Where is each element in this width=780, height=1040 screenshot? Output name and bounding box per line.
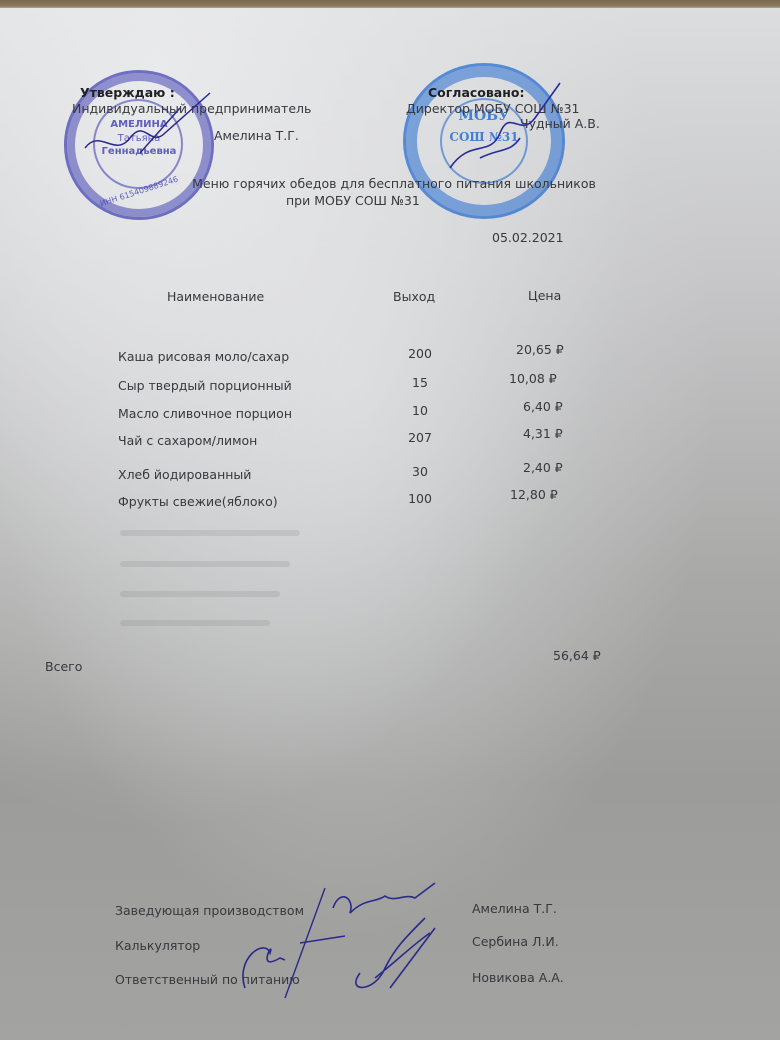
item-yield: 200 <box>390 346 450 361</box>
item-name: Хлеб йодированный <box>118 467 251 482</box>
item-name: Сыр твердый порционный <box>118 378 292 393</box>
item-yield: 100 <box>390 491 450 506</box>
show-through-line <box>120 591 280 597</box>
item-name: Чай с сахаром/лимон <box>118 433 257 448</box>
signatory-role: Калькулятор <box>115 938 200 953</box>
approval-name: Амелина Т.Г. <box>214 128 299 143</box>
item-price: 20,65 ₽ <box>516 342 564 357</box>
column-header-yield: Выход <box>393 289 435 304</box>
agreement-signature-icon <box>440 78 570 178</box>
total-value: 56,64 ₽ <box>553 648 601 663</box>
item-yield: 30 <box>390 464 450 479</box>
item-price: 4,31 ₽ <box>523 426 563 441</box>
item-price: 12,80 ₽ <box>510 487 558 502</box>
item-price: 2,40 ₽ <box>523 460 563 475</box>
show-through-line <box>120 530 300 536</box>
item-yield: 10 <box>390 403 450 418</box>
item-price: 6,40 ₽ <box>523 399 563 414</box>
item-yield: 207 <box>390 430 450 445</box>
show-through-line <box>120 561 290 567</box>
signatory-name: Амелина Т.Г. <box>472 901 557 916</box>
document-page: АМЕЛИНА Татьяна Геннадьевна ИНН 61540988… <box>0 8 780 1040</box>
item-price: 10,08 ₽ <box>509 371 557 386</box>
item-name: Масло сливочное порцион <box>118 406 292 421</box>
signatory-name: Новикова А.А. <box>472 970 564 985</box>
column-header-price: Цена <box>528 288 561 303</box>
menu-subtitle: при МОБУ СОШ №31 <box>286 193 420 208</box>
menu-title: Меню горячих обедов для бесплатного пита… <box>0 176 780 191</box>
column-header-name: Наименование <box>167 289 264 304</box>
signatory-name: Сербина Л.И. <box>472 934 559 949</box>
total-label: Всего <box>45 659 82 674</box>
item-yield: 15 <box>390 375 450 390</box>
menu-date: 05.02.2021 <box>492 230 564 245</box>
show-through-line <box>120 620 270 626</box>
item-name: Каша рисовая моло/сахар <box>118 349 289 364</box>
item-name: Фрукты свежие(яблоко) <box>118 494 278 509</box>
approval-signature-icon <box>80 88 220 168</box>
staff-signatures-icon <box>225 878 465 1008</box>
